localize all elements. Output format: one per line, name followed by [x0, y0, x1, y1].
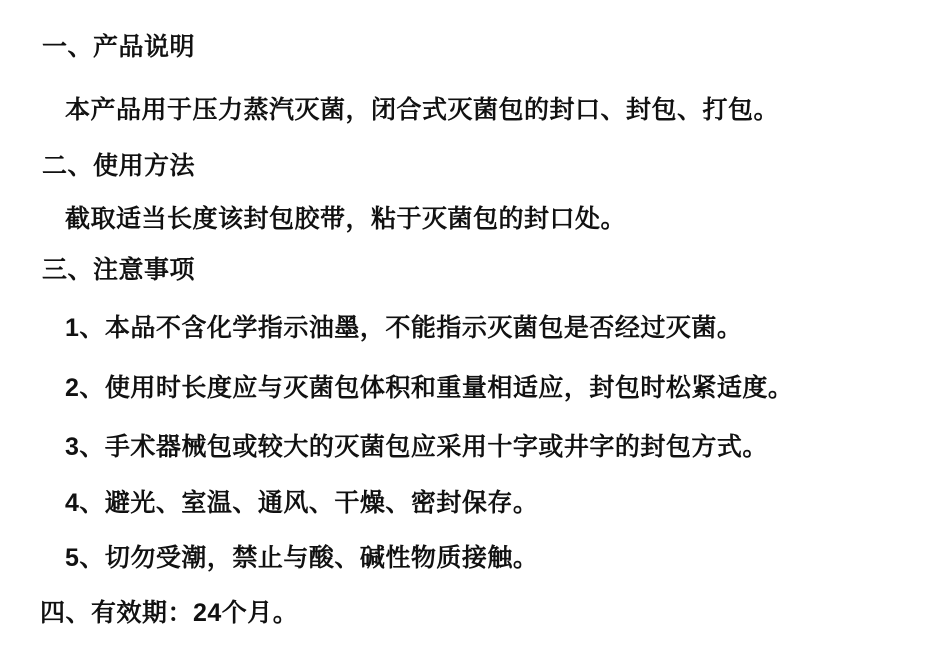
- list-item-precaution-5: 5、切勿受潮，禁止与酸、碱性物质接触。: [65, 541, 538, 575]
- heading-precautions: 三、注意事项: [42, 253, 195, 287]
- heading-usage-method: 二、使用方法: [42, 149, 195, 183]
- list-item-precaution-1: 1、本品不含化学指示油墨，不能指示灭菌包是否经过灭菌。: [65, 311, 742, 345]
- paragraph-product-use: 本产品用于压力蒸汽灭菌，闭合式灭菌包的封口、封包、打包。: [65, 93, 779, 127]
- list-item-precaution-2: 2、使用时长度应与灭菌包体积和重量相适应，封包时松紧适度。: [65, 371, 793, 405]
- document-page: 一、产品说明 本产品用于压力蒸汽灭菌，闭合式灭菌包的封口、封包、打包。 二、使用…: [0, 0, 948, 661]
- paragraph-usage-instruction: 截取适当长度该封包胶带，粘于灭菌包的封口处。: [65, 202, 626, 236]
- list-item-precaution-3: 3、手术器械包或较大的灭菌包应采用十字或井字的封包方式。: [65, 430, 768, 464]
- heading-validity-period: 四、有效期：24个月。: [40, 596, 298, 630]
- list-item-precaution-4: 4、避光、室温、通风、干燥、密封保存。: [65, 486, 538, 520]
- heading-product-description: 一、产品说明: [42, 30, 195, 64]
